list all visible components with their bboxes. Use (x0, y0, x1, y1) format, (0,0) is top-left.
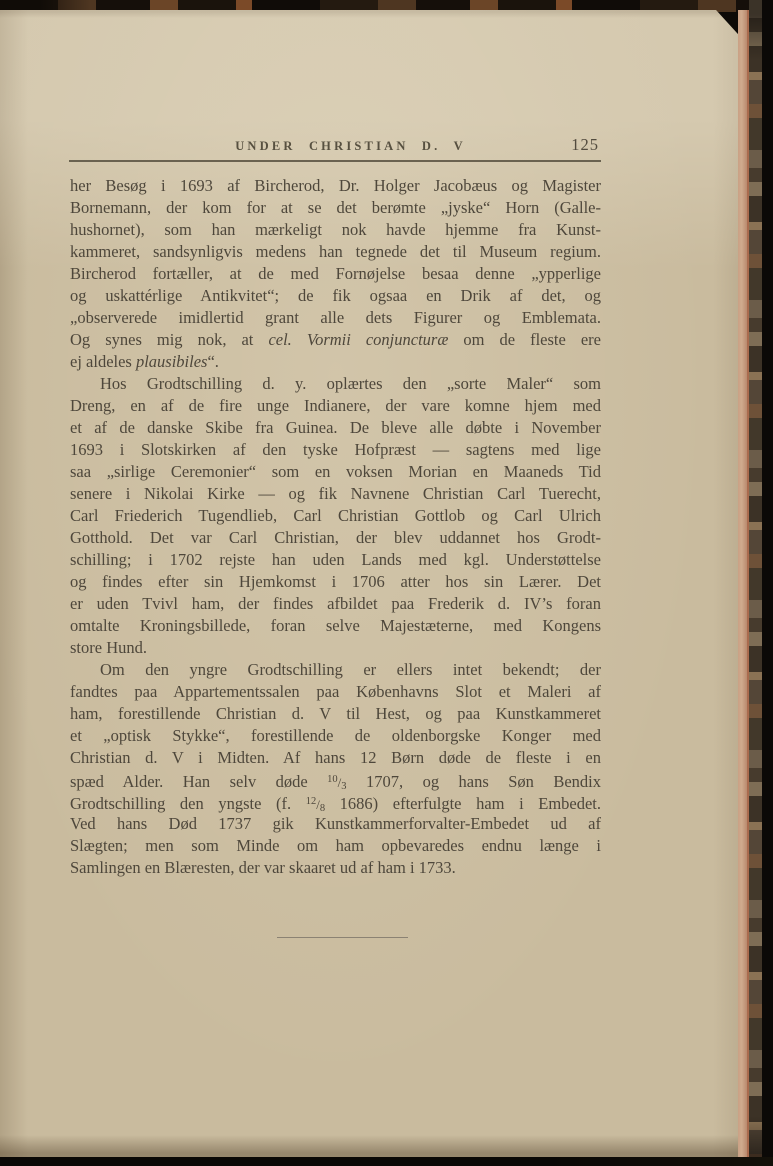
text-line: Grodtschilling den yngste (f. 12/8 1686)… (70, 791, 601, 813)
text-line: Gotthold. Det var Carl Christian, der bl… (70, 527, 601, 549)
text-line: et „optisk Stykke“, forestillende de old… (70, 725, 601, 747)
book-cover-right-edge (749, 0, 762, 1166)
section-divider (277, 937, 408, 938)
text-line: Samlingen en Blæresten, der var skaaret … (70, 857, 601, 879)
date-fraction: 12/8 (306, 794, 325, 813)
text-line: hushornet), som han mærkeligt nok havde … (70, 219, 601, 241)
text-line: ham, forestillende Christian d. V til He… (70, 703, 601, 725)
text-line: Bircherod fortæller, at de med Fornøjels… (70, 263, 601, 285)
text-line: Hos Grodtschilling d. y. oplærtes den „s… (70, 373, 601, 395)
text-line: 1693 i Slotskirken af den tyske Hofpræst… (70, 439, 601, 461)
text-line: ej aldeles plausibiles“. (70, 351, 601, 373)
text-line: fandtes paa Appartementssalen paa Københ… (70, 681, 601, 703)
italic-text: plausibiles (136, 352, 208, 371)
running-title: UNDER CHRISTIAN D. V (70, 139, 601, 154)
text-line: Dreng, en af de fire unge Indianere, der… (70, 395, 601, 417)
text-line: omtalte Kroningsbillede, foran selve Maj… (70, 615, 601, 637)
body-paragraph: Hos Grodtschilling d. y. oplærtes den „s… (70, 373, 601, 659)
scanned-book-photo: UNDER CHRISTIAN D. V 125 her Besøg i 169… (0, 0, 773, 1166)
page-number: 125 (571, 135, 599, 155)
text-line: et af de danske Skibe fra Guinea. De ble… (70, 417, 601, 439)
text-line: og uskattérlige Antikvitet“; de fik ogsa… (70, 285, 601, 307)
text-line: er uden Tvivl ham, der findes afbildet p… (70, 593, 601, 615)
text-line: Slægten; men som Minde om ham opbevarede… (70, 835, 601, 857)
body-paragraph: her Besøg i 1693 af Bircherod, Dr. Holge… (70, 175, 601, 373)
page-stack-edge (738, 10, 747, 1157)
text-line: „observerede imidlertid grant alle dets … (70, 307, 601, 329)
text-line: schilling; i 1702 rejste han uden Lands … (70, 549, 601, 571)
text-line: Ved hans Død 1737 gik Kunstkammerforvalt… (70, 813, 601, 835)
text-line: Christian d. V i Midten. Af hans 12 Børn… (70, 747, 601, 769)
text-line: Om den yngre Grodtschilling er ellers in… (70, 659, 601, 681)
page-header: UNDER CHRISTIAN D. V 125 (70, 137, 601, 159)
body-paragraph: Om den yngre Grodtschilling er ellers in… (70, 659, 601, 879)
text-line: Carl Friederich Tugendlieb, Carl Christi… (70, 505, 601, 527)
text-line: store Hund. (70, 637, 601, 659)
text-line: spæd Alder. Han selv døde 10/3 1707, og … (70, 769, 601, 791)
text-line: Og synes mig nok, at cel. Vormii conjunc… (70, 329, 601, 351)
text-line: Bornemann, der kom for at se det berømte… (70, 197, 601, 219)
text-line: senere i Nikolai Kirke — og fik Navnene … (70, 483, 601, 505)
text-line: her Besøg i 1693 af Bircherod, Dr. Holge… (70, 175, 601, 197)
italic-text: cel. Vormii conjuncturæ (268, 330, 448, 349)
date-fraction: 10/3 (327, 772, 346, 791)
header-rule (69, 160, 601, 162)
background-right-gutter (762, 0, 773, 1166)
text-line: og findes efter sin Hjemkomst i 1706 att… (70, 571, 601, 593)
text-line: saa „sirlige Ceremonier“ som en voksen M… (70, 461, 601, 483)
text-line: kammeret, sandsynligvis medens han tegne… (70, 241, 601, 263)
book-cover-bottom-edge (0, 1157, 773, 1166)
page-body: her Besøg i 1693 af Bircherod, Dr. Holge… (70, 175, 601, 879)
